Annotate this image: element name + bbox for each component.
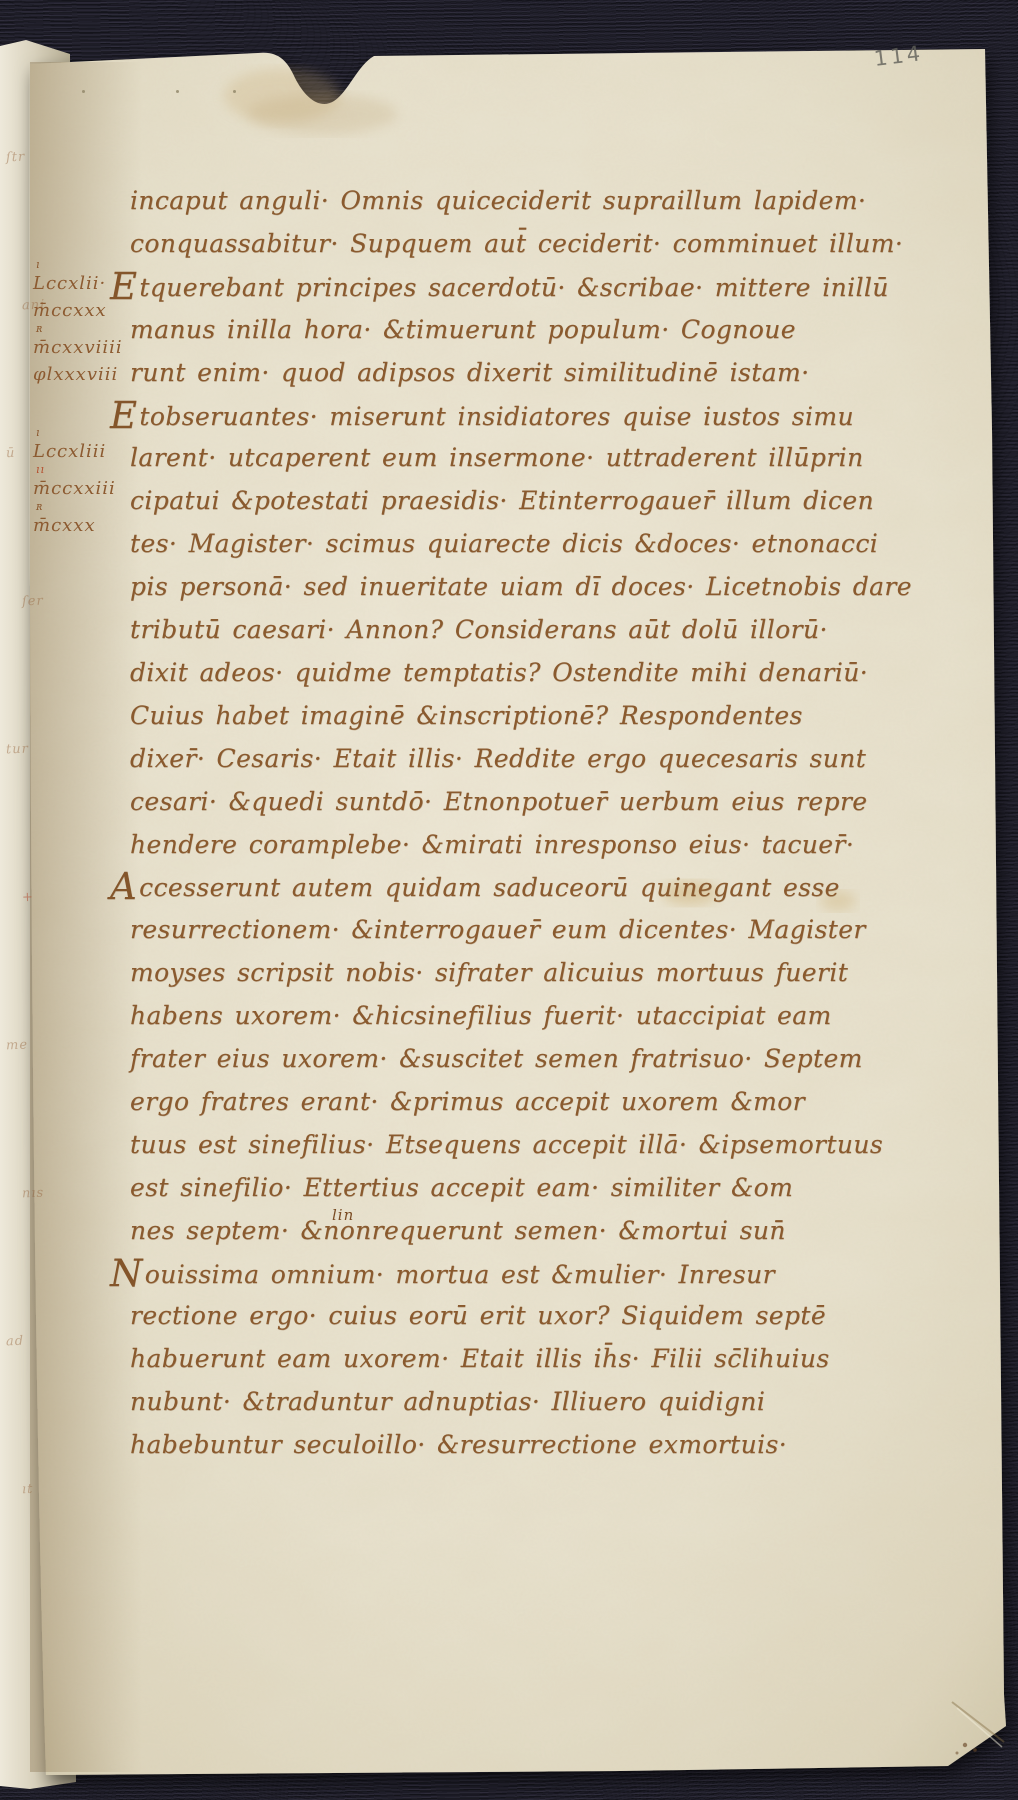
canon-number: Lccxliii [33,438,116,465]
canon-number: m̄cxxviiii [33,334,123,361]
canon-number: φlxxxviii [33,361,123,388]
text-line: manus inilla hora· &timuerunt populum· C… [130,315,796,345]
canon-number: m̄cxxx [33,512,116,539]
text-line: moyses scripsit nobis· sifrater alicuius… [130,958,848,988]
prick-mark [82,90,85,93]
underpage-fragment: ſtr [6,150,26,166]
text-line: nes septem· &nonrequerunt semen· &mortui… [130,1216,786,1246]
text-line: larent· utcaperent eum insermone· uttrad… [130,443,864,473]
underpage-fragment: ıt [22,1482,34,1497]
text-line: cipatui &potestati praesidis· Etinterrog… [130,486,874,516]
text-line: habuerunt eam uxorem· Etait illis ih̄s· … [130,1344,830,1374]
text-line: runt enim· quod adipsos dixerit similitu… [130,358,809,388]
paragraph-initial: A [110,865,137,908]
text-line: dixer̄· Cesaris· Etait illis· Reddite er… [130,744,866,774]
text-line: rectione ergo· cuius eorū erit uxor? Siq… [130,1301,826,1331]
underpage-fragment: ū [6,446,16,461]
paragraph-initial: E [110,394,137,437]
underpage-fragment: + [22,890,34,905]
paragraph-initial: N [110,1252,143,1295]
underpage-fragment: ſer [22,594,44,610]
canon-number: ʀ [36,324,123,334]
page-content: 114 ıLccxlii·m̄ccxxxʀm̄cxxviiiiφlxxxviii… [0,0,1018,1800]
underpage-fragment: tur [6,742,29,758]
text-line: ergo fratres erant· &primus accepit uxor… [130,1087,805,1117]
text-line: frater eius uxorem· &suscitet semen frat… [130,1044,863,1074]
text-line: dixit adeos· quidme temptatis? Ostendite… [130,658,868,688]
text-line: resurrectionem· &interrogauer̄ eum dicen… [130,915,866,945]
text-line: tes· Magister· scimus quiarecte dicis &d… [130,529,878,559]
interlinear-correction: lin [332,1206,354,1224]
prick-mark [233,90,236,93]
line-text: tquerebant principes sacerdotū· &scribae… [139,273,888,302]
underpage-fragment: ad [6,1334,25,1350]
canon-number: ıı [36,465,116,475]
text-line: pis personā· sed inueritate uiam dī doce… [130,572,912,602]
text-line: Accesserunt autem quidam saduceorū quine… [110,872,840,903]
text-line: Nouissima omnium· mortua est &mulier· In… [110,1259,775,1290]
prick-mark [176,90,179,93]
text-line: tributū caesari· Annon? Considerans aūt … [130,615,828,645]
text-line: tuus est sinefilius· Etsequens accepit i… [130,1130,883,1160]
text-line: est sinefilio· Ettertius accepit eam· si… [130,1173,793,1203]
text-line: hendere coramplebe· &mirati inresponso e… [130,830,854,860]
line-text: tobseruantes· miserunt insidiatores quis… [139,402,854,431]
text-line: Etobseruantes· miserunt insidiatores qui… [110,401,854,432]
underpage-fragment: nıs [22,1186,45,1202]
text-line: habebuntur seculoillo· &resurrectione ex… [130,1430,787,1460]
manuscript-photo: 114 ıLccxlii·m̄ccxxxʀm̄cxxviiiiφlxxxviii… [0,0,1018,1800]
canon-number: m̄ccxxiii [33,475,116,502]
underpage-fragment: me [6,1038,29,1054]
text-line: habens uxorem· &hicsinefilius fuerit· ut… [130,1001,832,1031]
paragraph-initial: E [110,265,137,308]
text-line: Cuius habet imaginē &inscriptionē? Respo… [130,701,803,731]
canon-number: ı [36,428,116,438]
canon-number: ʀ [36,502,116,512]
text-line: nubunt· &traduntur adnuptias· Illiuero q… [130,1387,765,1417]
line-text: ccesserunt autem quidam saduceorū quineg… [139,873,840,902]
underpage-fragment: ani [22,298,46,314]
text-line: incaput anguli· Omnis quiceciderit supra… [130,186,866,216]
margin-canon-numbers-2: ıLccxliiiıım̄ccxxiiiʀm̄cxxx [33,428,116,539]
page-number: 114 [873,41,925,71]
line-text: ouissima omnium· mortua est &mulier· Inr… [145,1260,775,1289]
text-line: cesari· &quedi suntdō· Etnonpotuer̄ uerb… [130,787,868,817]
text-line: conquassabitur· Supquem aut̄ ceciderit· … [130,229,903,259]
text-line: Etquerebant principes sacerdotū· &scriba… [110,272,889,303]
